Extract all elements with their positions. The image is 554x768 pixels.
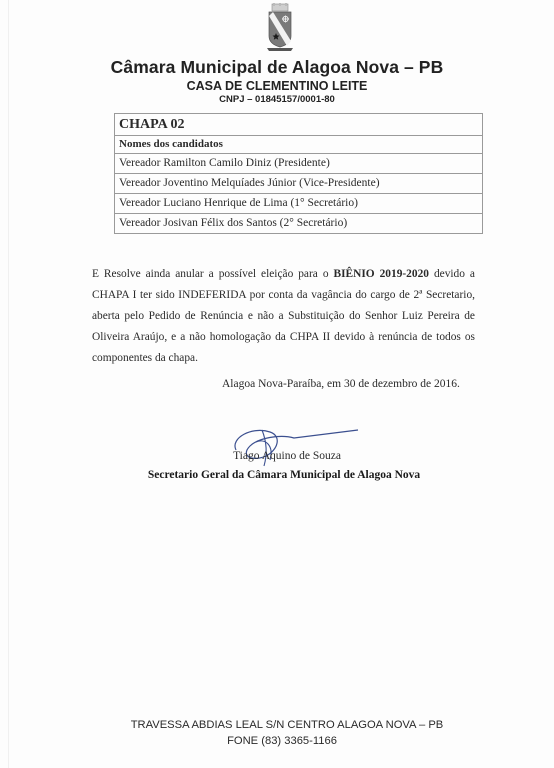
table-row: Vereador Ramilton Camilo Diniz (Presiden… (115, 154, 483, 174)
municipal-coat-of-arms-icon (266, 3, 294, 53)
candidate-name: Vereador Josivan Félix dos Santos (2° Se… (115, 214, 483, 234)
table-row: Vereador Luciano Henrique de Lima (1° Se… (115, 194, 483, 214)
table-row: Vereador Joventino Melquíades Júnior (Vi… (115, 174, 483, 194)
paragraph-text-2: devido a CHAPA I ter sido INDEFERIDA por… (92, 268, 475, 364)
resolution-paragraph: E Resolve ainda anular a possível eleiçã… (92, 264, 475, 369)
paragraph-bold-term: BIÊNIO 2019-2020 (333, 268, 428, 280)
date-line: Alagoa Nova-Paraíba, em 30 de dezembro d… (222, 378, 460, 390)
institution-subtitle: CASA DE CLEMENTINO LEITE (0, 79, 554, 93)
table-row: Vereador Josivan Félix dos Santos (2° Se… (115, 214, 483, 234)
document-page: Câmara Municipal de Alagoa Nova – PB CAS… (0, 0, 554, 768)
table-title-row: CHAPA 02 (115, 114, 483, 136)
institution-title: Câmara Municipal de Alagoa Nova – PB (0, 57, 554, 78)
handwritten-signature-icon (222, 420, 362, 470)
footer-address: TRAVESSA ABDIAS LEAL S/N CENTRO ALAGOA N… (0, 719, 554, 731)
column-header: Nomes dos candidatos (115, 136, 483, 154)
candidate-name: Vereador Ramilton Camilo Diniz (Presiden… (115, 154, 483, 174)
paragraph-text-1: E Resolve ainda anular a possível eleiçã… (92, 268, 333, 280)
slate-title: CHAPA 02 (115, 114, 483, 136)
candidate-slate-table: CHAPA 02 Nomes dos candidatos Vereador R… (114, 113, 483, 234)
candidate-name: Vereador Luciano Henrique de Lima (1° Se… (115, 194, 483, 214)
institution-cnpj: CNPJ – 01845157/0001-80 (0, 94, 554, 105)
table-header-row: Nomes dos candidatos (115, 136, 483, 154)
signatory-name: Tiago Aquino de Souza (0, 450, 554, 462)
footer-phone: FONE (83) 3365-1166 (0, 735, 554, 747)
candidate-name: Vereador Joventino Melquíades Júnior (Vi… (115, 174, 483, 194)
signatory-role: Secretario Geral da Câmara Municipal de … (0, 469, 554, 481)
